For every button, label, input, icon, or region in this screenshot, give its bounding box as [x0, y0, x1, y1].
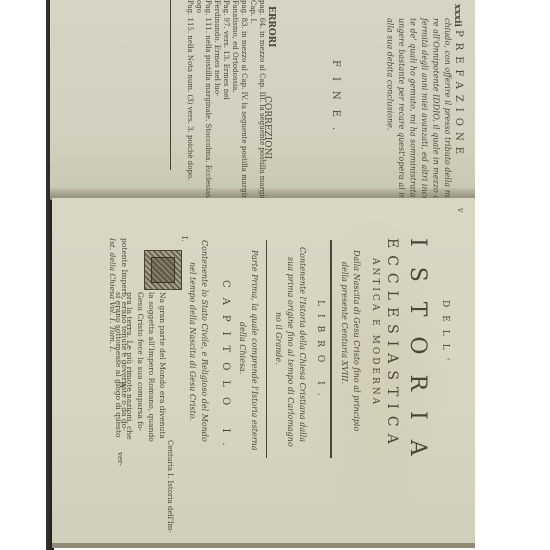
title-antica-e-moderna: ANTICA E MODERNA — [370, 258, 380, 407]
title-istoria: ISTORIA — [405, 238, 430, 476]
margin-note: Centuria I. Istoria dell'Im- — [166, 440, 174, 533]
body-line: Na gran parte del Mondo era divenuta — [157, 292, 168, 442]
libro-description-line: sua prima origine fino al tempo di Carlo… — [286, 257, 295, 447]
signature-mark: A — [118, 382, 127, 388]
book-photo-scene: xxxii PREFAZIONE chiudo, con offerire il… — [0, 0, 550, 550]
libro-heading: LIBRO I. — [315, 300, 325, 404]
footer-title-line: Ist. della Chiesa Vol. I. Tom. I. — [108, 238, 117, 352]
title-ecclesiastica: ECCLESIASTICA — [384, 238, 400, 451]
errata-line: pag. 64. in mezzo al Cap. III. la seguen… — [257, 0, 266, 214]
initial-ornament — [151, 257, 175, 283]
subtitle-line: Dalla Nascita di Gesu Cristo fino al pri… — [352, 250, 361, 431]
errata-line: Pag. 97. vers. 13. Ermes nel — [221, 0, 230, 214]
errata-line: ogo — [194, 0, 203, 214]
decorated-initial-icon — [144, 250, 182, 290]
errata-line: Pag. 115. nella Nota num. (3) vers. 3. p… — [185, 0, 194, 214]
libro-divider — [266, 240, 267, 458]
errata-line: Ferdinando. Ermes nel luo- — [212, 0, 221, 214]
page-bottom-edge — [52, 543, 475, 548]
errata-line: Fanatismo, ed Ortodossia. — [230, 0, 239, 214]
capitolo-description-line: Contenente lo Stato Civile, e Religioso … — [200, 240, 209, 442]
capitolo-heading: CAPITOLO I. — [220, 280, 231, 456]
errata-line: Pag. 111. nella postilla marginale. Stoc… — [203, 0, 212, 214]
subtitle-line: della presente Centuria XVIII. — [340, 262, 349, 384]
errata-list: pag. 64. in mezzo al Cap. III. la seguen… — [185, 0, 266, 214]
body-line: Gesu Cristo fece la sua comparsa fo- — [135, 292, 146, 442]
catchword: ver- — [116, 452, 124, 466]
running-head: PREFAZIONE — [453, 30, 464, 160]
errata-divider — [170, 0, 171, 170]
title-divider — [330, 240, 332, 458]
parte-line: Parte Prima, la quale comprende l'Istori… — [250, 250, 259, 450]
page-number-top: xxxii — [452, 4, 462, 27]
body-line-full: potente Impero, erano tenute e governate… — [120, 238, 129, 431]
paragraph-number: I. — [180, 236, 189, 242]
title-dell: DELL' — [440, 300, 450, 368]
page-letter: v — [456, 208, 465, 213]
parte-line: della Chiesa. — [238, 322, 247, 374]
libro-description-line: Contenente l'Istoria della Chiesa Cristi… — [298, 247, 307, 442]
errata-line: Cap. I. — [248, 0, 257, 214]
errata-line: pag. 83. in mezzo al Cap. IV. la seguent… — [239, 0, 248, 214]
body-line: la soggetta all'Impero Romano, quando — [146, 292, 157, 442]
capitolo-description-line: nel tempo della Nascita di Gesu Cristo. — [188, 262, 197, 421]
errori-heading: ERRORI — [266, 6, 276, 47]
libro-description-line: no il Grande. — [274, 312, 283, 365]
fine-label: FINE. — [330, 60, 341, 140]
